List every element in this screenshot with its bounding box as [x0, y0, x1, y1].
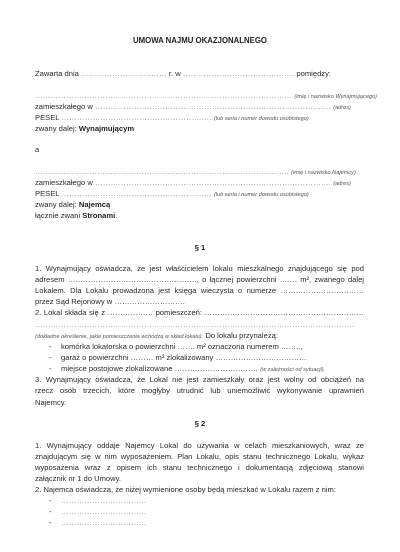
- place-field[interactable]: …………………………………….: [183, 69, 294, 78]
- item-text: komórka lokatorska o powierzchni ……. m² …: [61, 342, 302, 351]
- s1-p1-line4: przez Sąd Rejonowy w ……………………….: [35, 297, 185, 307]
- landlord-called-label: zwany dalej:: [35, 124, 77, 133]
- landlord-pesel-line: PESEL …………………………………………………. (lub seria i …: [35, 113, 309, 124]
- tenant-called-line: zwany dalej: Najemcą: [35, 200, 110, 210]
- landlord-name-line: ……………………………………………………………………………………… (imię …: [35, 91, 377, 102]
- date-field[interactable]: ……………………………: [81, 69, 167, 78]
- landlord-name-field[interactable]: ………………………………………………………………………………………: [35, 91, 292, 100]
- tenant-called-value: Najemcą: [79, 200, 110, 209]
- landlord-name-hint: (imię i nazwisko Wynajmującego): [294, 94, 377, 100]
- rooms-hint: (dokładne określenie, jakie pomieszczeni…: [35, 334, 203, 340]
- item-text: miejsce postojowe zlokalizowane ………………………: [61, 364, 258, 373]
- tenant-called-label: zwany dalej:: [35, 200, 77, 209]
- tenant-name-line: …………………………………………………………………………………….. (imię…: [35, 167, 356, 178]
- intro-line: Zawarta dnia …………………………… r. w ……………………………: [35, 69, 331, 79]
- item-text: garaż o powierzchni ……… m² zlokalizowany…: [61, 353, 307, 362]
- section-2-heading: § 2: [0, 419, 400, 428]
- tenant-pesel-hint: (lub seria i numer dowodu osobistego): [214, 192, 309, 198]
- tenant-address-hint: (adres): [333, 181, 351, 187]
- landlord-called-value: Wynajmującym: [79, 124, 134, 133]
- s2-p1-line1: 1. Wynajmujący oddaje Najemcy Lokal do u…: [35, 441, 364, 452]
- item-parking-spot: miejsce postojowe zlokalizowane ………………………: [61, 364, 325, 375]
- jointly-line: łącznie zwani Stronami.: [35, 211, 117, 221]
- section-1-heading: § 1: [0, 243, 400, 252]
- landlord-address-field[interactable]: ……………………………………………………………………………….: [95, 102, 331, 111]
- s1-p3-line2: rzecz osób trzecich, które mogłyby utrud…: [35, 386, 364, 397]
- intro-mid: r. w: [169, 69, 181, 78]
- landlord-pesel-hint: (lub seria i numer dowodu osobistego): [214, 116, 309, 122]
- item-storage-room: komórka lokatorska o powierzchni ……. m² …: [61, 342, 302, 352]
- person-dash: -: [49, 507, 52, 517]
- s1-p1-line2: adresem ……………………………………………, o łącznej pow…: [35, 275, 364, 286]
- and-connector: a: [35, 145, 39, 155]
- person-field-2[interactable]: ……………………………: [61, 507, 147, 517]
- jointly-label: łącznie zwani: [35, 211, 80, 220]
- bullet-dash: -: [49, 364, 52, 374]
- person-dash: -: [49, 518, 52, 528]
- bullet-dash: -: [49, 342, 52, 352]
- person-field-3[interactable]: ……………………………: [61, 518, 147, 528]
- document-page: UMOWA NAJMU OKAZJONALNEGO Zawarta dnia ……: [0, 0, 400, 552]
- s2-p1-line3: wyposażenia wraz z opisem ich stanu tech…: [35, 463, 364, 474]
- tenant-pesel-field[interactable]: ………………………………………………….: [61, 189, 211, 198]
- s1-p3-line1: 3. Wynajmujący oświadcza, że Lokal nie j…: [35, 375, 364, 386]
- s2-p1-line4: załącznik nr 1 do Umowy.: [35, 474, 121, 484]
- s1-p3-line3: Najemcy.: [35, 398, 66, 408]
- tenant-name-hint: (imię i nazwisko Najemcy): [291, 170, 356, 176]
- appurtenances-label: Do lokalu przynależą:: [205, 331, 278, 340]
- item-hint: (w zależności od sytuacji).: [260, 367, 325, 373]
- landlord-called-line: zwany dalej: Wynajmującym: [35, 124, 134, 134]
- s1-p2-hint-line: (dokładne określenie, jakie pomieszczeni…: [35, 331, 278, 342]
- tenant-pesel-line: PESEL …………………………………………………. (lub seria i …: [35, 189, 309, 200]
- s2-p1-line2: znajdującym się w nim wyposażeniem. Plan…: [35, 452, 364, 463]
- s1-p2-rooms-field[interactable]: ……………………………………………………………………………………………………………: [35, 320, 355, 330]
- intro-suffix: pomiędzy:: [296, 69, 331, 78]
- jointly-period: .: [115, 211, 117, 220]
- person-field-1[interactable]: ……………………………: [61, 496, 147, 506]
- document-title: UMOWA NAJMU OKAZJONALNEGO: [0, 36, 400, 45]
- landlord-address-hint: (adres): [333, 105, 351, 111]
- s1-p1-line3: Lokalem. Dla Lokalu prowadzona jest księ…: [35, 286, 364, 297]
- intro-prefix: Zawarta dnia: [35, 69, 79, 78]
- landlord-address-line: zamieszkałego w …………………………………………………………………: [35, 102, 351, 113]
- landlord-pesel-field[interactable]: ………………………………………………….: [61, 113, 211, 122]
- s1-p1-line1: 1. Wynajmujący oświadcza, że jest właści…: [35, 264, 364, 275]
- tenant-address-label: zamieszkałego w: [35, 178, 93, 187]
- person-dash: -: [49, 496, 52, 506]
- s2-p2-line1: 2. Najemca oświadcza, że niżej wymienion…: [35, 485, 336, 495]
- s1-p2-line1: 2. Lokal składa się z ……………… pomieszczeń…: [35, 308, 364, 319]
- tenant-address-field[interactable]: ……………………………………………………………………………….: [95, 178, 331, 187]
- landlord-pesel-label: PESEL: [35, 113, 59, 122]
- tenant-name-field[interactable]: ……………………………………………………………………………………..: [35, 167, 289, 176]
- landlord-address-label: zamieszkałego w: [35, 102, 93, 111]
- item-garage: garaż o powierzchni ……… m² zlokalizowany…: [61, 353, 307, 363]
- tenant-address-line: zamieszkałego w …………………………………………………………………: [35, 178, 351, 189]
- tenant-pesel-label: PESEL: [35, 189, 59, 198]
- bullet-dash: -: [49, 353, 52, 363]
- jointly-value: Stronami: [82, 211, 115, 220]
